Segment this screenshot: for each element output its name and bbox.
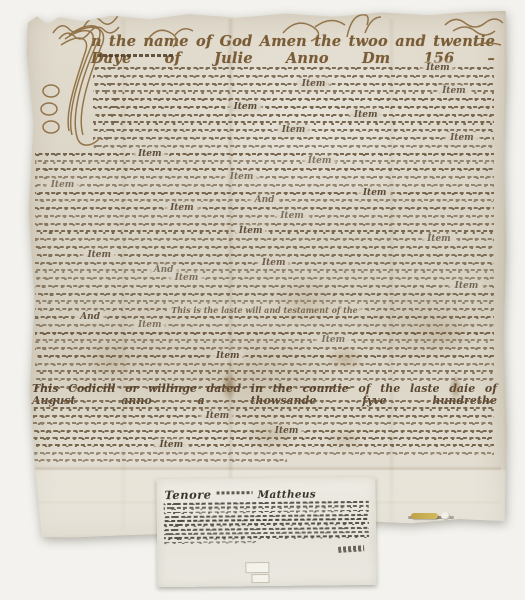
deed-script-line: Item	[35, 230, 494, 233]
deed-script-line: Item	[93, 67, 494, 70]
deed-script-line	[35, 168, 494, 171]
item-marker: Item	[84, 251, 114, 259]
deed-script-line: Item	[35, 254, 494, 257]
deed-script-line	[35, 223, 494, 226]
item-marker: Item	[305, 157, 335, 165]
ink-stain	[221, 371, 237, 401]
item-marker: Item	[279, 126, 309, 134]
item-marker: Item	[135, 150, 165, 158]
deed-script-line: Item	[93, 106, 494, 109]
deed-script-line: Item	[93, 83, 494, 86]
item-marker: Item	[351, 111, 381, 119]
deed-script-line: Item	[35, 277, 494, 280]
fold-crease-vertical	[227, 19, 234, 530]
item-marker: Item	[156, 441, 186, 449]
codicil-script-line: Item	[33, 415, 494, 418]
item-marker: Item	[319, 336, 349, 344]
probate-script-line	[164, 522, 369, 526]
item-marker: And	[252, 196, 278, 204]
deed-script-line: Item	[93, 129, 494, 132]
item-marker: Item	[452, 282, 482, 290]
codicil-script-line	[33, 407, 494, 410]
deed-script-line	[93, 75, 494, 78]
parchment-deed: In the name of God Amen the twoo and twe…	[25, 11, 507, 538]
codicil-script-line	[33, 459, 287, 462]
deed-script-line: Item	[35, 238, 494, 241]
deed-script-line: And	[35, 269, 494, 272]
deed-script-line: And	[35, 199, 494, 202]
probate-script-line	[164, 514, 369, 518]
parchment-stain	[85, 341, 135, 381]
photo-backdrop: In the name of God Amen the twoo and twe…	[0, 0, 525, 600]
gold-tie	[411, 513, 438, 519]
deed-script-line	[93, 98, 494, 101]
fold-crease-vertical	[120, 19, 127, 530]
ink-stain	[449, 375, 462, 401]
item-marker: Item	[172, 274, 202, 282]
probate-script-line	[164, 509, 369, 513]
probate-body-script	[164, 501, 369, 546]
deed-script-line: Item	[35, 192, 494, 195]
deed-script-line: Item	[35, 215, 494, 218]
item-marker: Item	[424, 235, 454, 243]
deed-script-line	[35, 300, 494, 303]
parchment-stain	[240, 419, 300, 453]
probate-script-line	[164, 535, 369, 539]
parchment-stain	[325, 346, 365, 372]
item-marker: Item	[135, 321, 165, 329]
probate-script-line	[164, 518, 369, 522]
seal-remnant	[245, 562, 269, 573]
probate-script-line	[164, 505, 369, 509]
probate-opening-word: Tenore	[165, 488, 212, 502]
deed-script-line: Item	[93, 114, 494, 117]
probate-slip: TenoreMattheus	[156, 477, 376, 587]
item-marker: Item	[439, 87, 469, 95]
deed-script-line: Item	[35, 153, 494, 156]
fold-crease-vertical	[388, 19, 395, 530]
codicil-script-line	[33, 400, 494, 403]
item-marker: Item	[259, 259, 289, 267]
probate-heading-script	[217, 492, 253, 495]
deed-script-line: Item	[93, 137, 494, 140]
parchment-stain	[415, 311, 471, 355]
deed-script-line: Item	[93, 90, 494, 93]
seal-remnant	[251, 574, 269, 583]
probate-script-line	[164, 531, 369, 535]
deed-script-line	[93, 145, 494, 148]
deed-script-line: Item	[35, 207, 494, 210]
item-marker: Item	[360, 189, 390, 197]
item-marker: Item	[167, 204, 197, 212]
deed-script-line: Item	[35, 285, 494, 288]
deed-script-line	[93, 121, 494, 124]
item-marker: And	[77, 313, 103, 321]
probate-script-line	[164, 527, 369, 531]
deed-script-line: Item	[35, 160, 494, 163]
deed-script-line: Item	[35, 176, 494, 179]
item-marker: Item	[447, 134, 477, 142]
probate-script-line	[164, 541, 256, 544]
parchment-stain	[325, 427, 365, 453]
item-marker: Item	[299, 80, 329, 88]
deed-script-line	[35, 293, 494, 296]
tie-bead	[441, 512, 450, 520]
deed-script-line: This is the laste will and testament of …	[35, 308, 494, 311]
item-marker: Item	[236, 227, 266, 235]
parchment-stain	[270, 276, 340, 326]
deed-script-line	[35, 246, 494, 249]
deed-script-line: Item	[35, 262, 494, 265]
item-marker: Item	[277, 212, 307, 220]
item-marker: Item	[423, 64, 453, 72]
item-marker: Item	[231, 103, 261, 111]
deed-script-line: Item	[35, 184, 494, 187]
probate-heading: TenoreMattheus	[164, 482, 367, 503]
signature-mark	[338, 545, 364, 553]
item-marker: Item	[48, 181, 78, 189]
probate-authority-name: Mattheus	[258, 488, 317, 501]
deed-subheading-script	[97, 54, 175, 57]
